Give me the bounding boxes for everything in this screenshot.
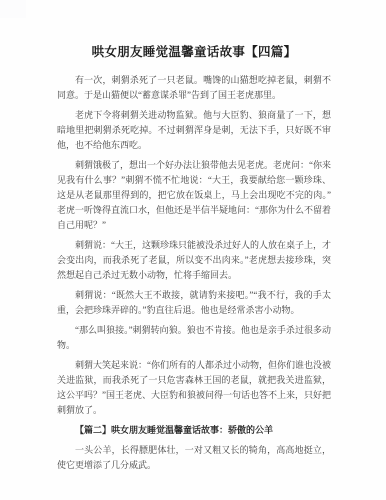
document-body: 有一次，刺猬杀死了一只老鼠。嘴馋的山猫想吃掉老鼠，刺猬不同意。于是山猫便以“蓄意… [57, 73, 331, 473]
story-paragraph: 一头公羊，长得膘肥体壮，一对又粗又长的犄角，高高地挺立，使它更增添了几分威武。 [57, 443, 331, 473]
story-paragraph: 刺猬饿极了，想出一个好办法让狼带他去见老虎。老虎问：“你来见我有什么事？”刺猬不… [57, 158, 331, 233]
story-paragraph: “那么叫狼接。”刺猬转向狼。狼也不肯接。他也是亲手杀过很多动物。 [57, 323, 331, 353]
story-paragraph: 刺猬说：“既然大王不敢接，就请豹来接吧。”“我不行，我的手太重，会把珍珠弄碎的。… [57, 288, 331, 318]
story-paragraph: 刺猬说：“大王，这颗珍珠只能被没杀过好人的人放在桌子上，才会变出肉，而我杀死了老… [57, 238, 331, 283]
document-title: 哄女朋友睡觉温馨童话故事【四篇】 [57, 44, 331, 60]
section-heading: 【篇二】哄女朋友睡觉温馨童话故事：骄傲的公羊 [57, 423, 331, 438]
story-paragraph: 有一次，刺猬杀死了一只老鼠。嘴馋的山猫想吃掉老鼠，刺猬不同意。于是山猫便以“蓄意… [57, 73, 331, 103]
document-viewport: { "palette": { "page_background": "#fefe… [0, 0, 386, 500]
story-paragraph: 老虎下令将刺猬关进动物监狱。他与大臣豹、狼商量了一下，想暗地里把刺猬杀死吃掉。不… [57, 108, 331, 153]
document-page: 哄女朋友睡觉温馨童话故事【四篇】 有一次，刺猬杀死了一只老鼠。嘴馋的山猫想吃掉老… [0, 0, 386, 500]
story-paragraph: 刺猬大笑起来说：“你们所有的人都杀过小动物，但你们谁也没被关进监狱，而我杀死了一… [57, 358, 331, 418]
scan-corner-artifact [0, 0, 26, 18]
